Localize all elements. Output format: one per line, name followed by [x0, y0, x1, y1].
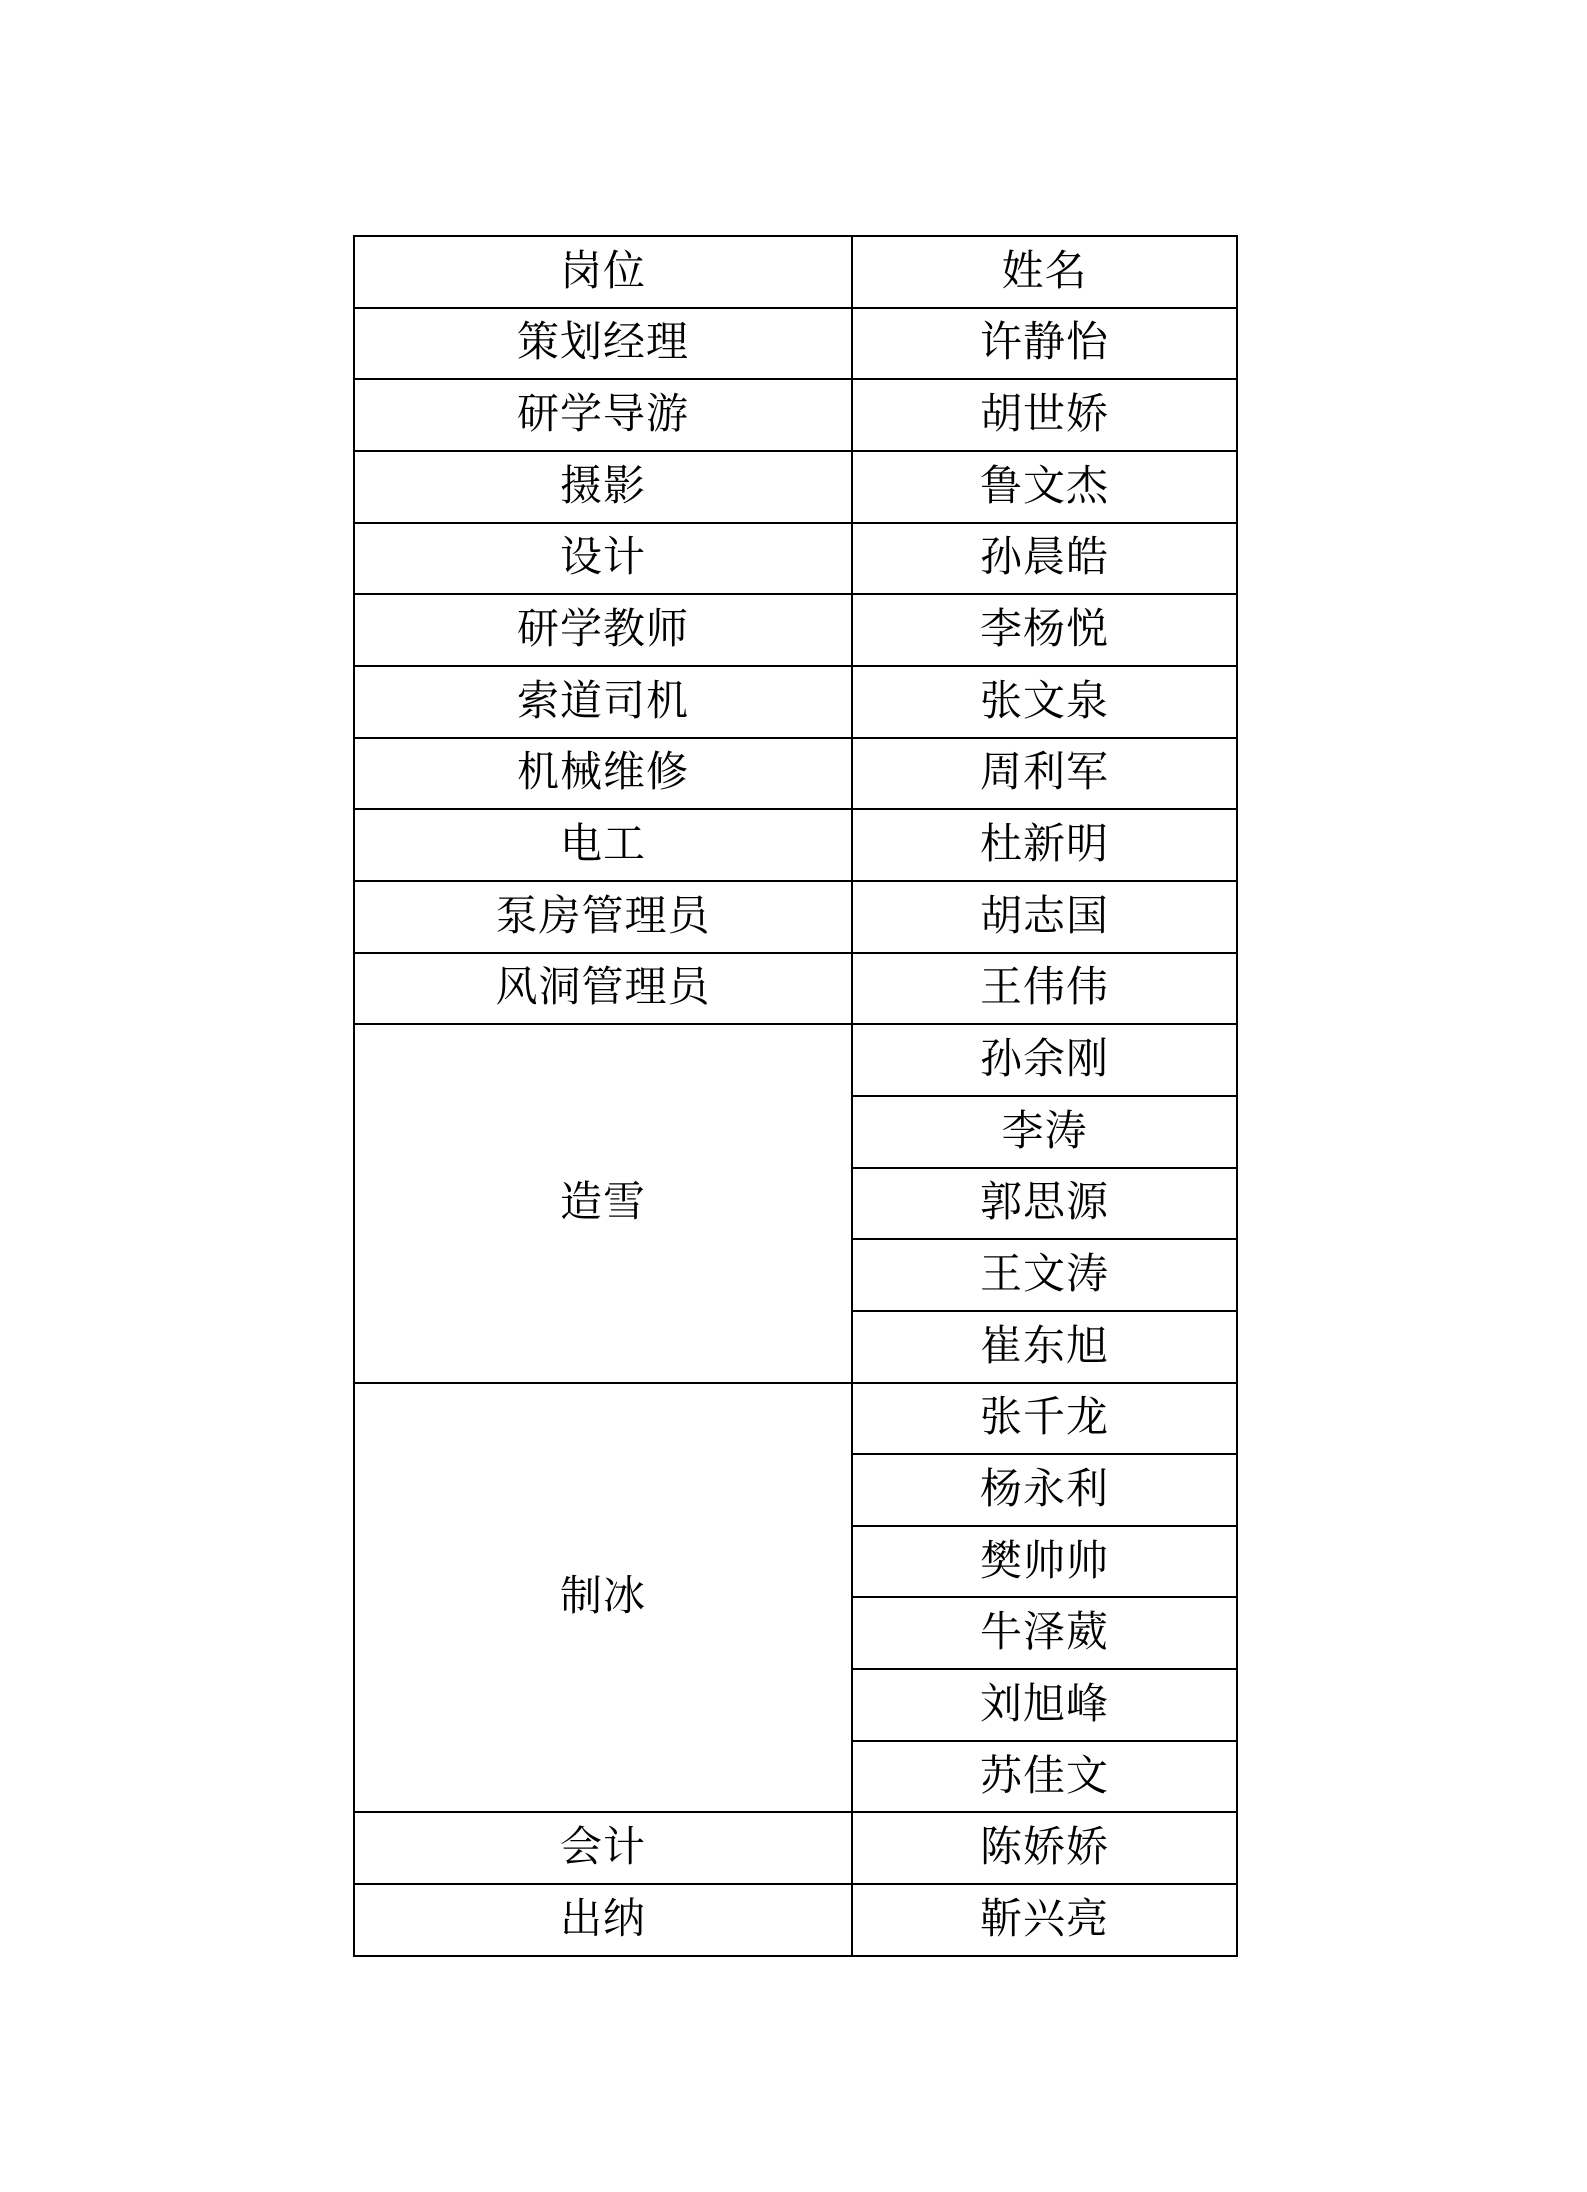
position-cell: 设计 — [354, 523, 852, 595]
name-cell: 苏佳文 — [852, 1741, 1237, 1813]
name-cell: 周利军 — [852, 738, 1237, 810]
table-row: 机械维修 周利军 — [354, 738, 1237, 810]
name-cell: 樊帅帅 — [852, 1526, 1237, 1598]
position-cell: 电工 — [354, 809, 852, 881]
position-cell: 风洞管理员 — [354, 953, 852, 1025]
header-cell-position: 岗位 — [354, 236, 852, 308]
name-cell: 李涛 — [852, 1096, 1237, 1168]
position-cell-merged-icemaking: 制冰 — [354, 1383, 852, 1813]
position-cell: 研学导游 — [354, 379, 852, 451]
header-cell-name: 姓名 — [852, 236, 1237, 308]
name-cell: 胡志国 — [852, 881, 1237, 953]
position-cell: 会计 — [354, 1812, 852, 1884]
table-row: 造雪 孙余刚 — [354, 1024, 1237, 1096]
table-row: 摄影 鲁文杰 — [354, 451, 1237, 523]
name-cell: 崔东旭 — [852, 1311, 1237, 1383]
name-cell: 王文涛 — [852, 1239, 1237, 1311]
name-cell: 张文泉 — [852, 666, 1237, 738]
name-cell: 陈娇娇 — [852, 1812, 1237, 1884]
table-row: 研学教师 李杨悦 — [354, 594, 1237, 666]
table-row: 风洞管理员 王伟伟 — [354, 953, 1237, 1025]
name-cell: 李杨悦 — [852, 594, 1237, 666]
position-cell-merged-snowmaking: 造雪 — [354, 1024, 852, 1382]
name-cell: 王伟伟 — [852, 953, 1237, 1025]
header-row: 岗位 姓名 — [354, 236, 1237, 308]
table-row: 索道司机 张文泉 — [354, 666, 1237, 738]
table-row: 设计 孙晨皓 — [354, 523, 1237, 595]
name-cell: 张千龙 — [852, 1383, 1237, 1455]
name-cell: 许静怡 — [852, 308, 1237, 380]
name-cell: 靳兴亮 — [852, 1884, 1237, 1956]
name-cell: 杨永利 — [852, 1454, 1237, 1526]
position-cell: 索道司机 — [354, 666, 852, 738]
position-cell: 研学教师 — [354, 594, 852, 666]
table-row: 出纳 靳兴亮 — [354, 1884, 1237, 1956]
position-cell: 机械维修 — [354, 738, 852, 810]
table-row: 泵房管理员 胡志国 — [354, 881, 1237, 953]
position-cell: 策划经理 — [354, 308, 852, 380]
document-page: 岗位 姓名 策划经理 许静怡 研学导游 胡世娇 摄影 鲁文杰 设计 孙晨皓 研学… — [0, 0, 1587, 2192]
name-cell: 杜新明 — [852, 809, 1237, 881]
position-cell: 泵房管理员 — [354, 881, 852, 953]
table-row: 制冰 张千龙 — [354, 1383, 1237, 1455]
name-cell: 鲁文杰 — [852, 451, 1237, 523]
name-cell: 牛泽葳 — [852, 1597, 1237, 1669]
position-cell: 摄影 — [354, 451, 852, 523]
name-cell: 刘旭峰 — [852, 1669, 1237, 1741]
name-cell: 孙晨皓 — [852, 523, 1237, 595]
name-cell: 胡世娇 — [852, 379, 1237, 451]
table-row: 策划经理 许静怡 — [354, 308, 1237, 380]
table-row: 研学导游 胡世娇 — [354, 379, 1237, 451]
position-cell: 出纳 — [354, 1884, 852, 1956]
name-cell: 孙余刚 — [852, 1024, 1237, 1096]
table-row: 会计 陈娇娇 — [354, 1812, 1237, 1884]
table-row: 电工 杜新明 — [354, 809, 1237, 881]
name-cell: 郭思源 — [852, 1168, 1237, 1240]
staff-roster-table: 岗位 姓名 策划经理 许静怡 研学导游 胡世娇 摄影 鲁文杰 设计 孙晨皓 研学… — [353, 235, 1238, 1957]
